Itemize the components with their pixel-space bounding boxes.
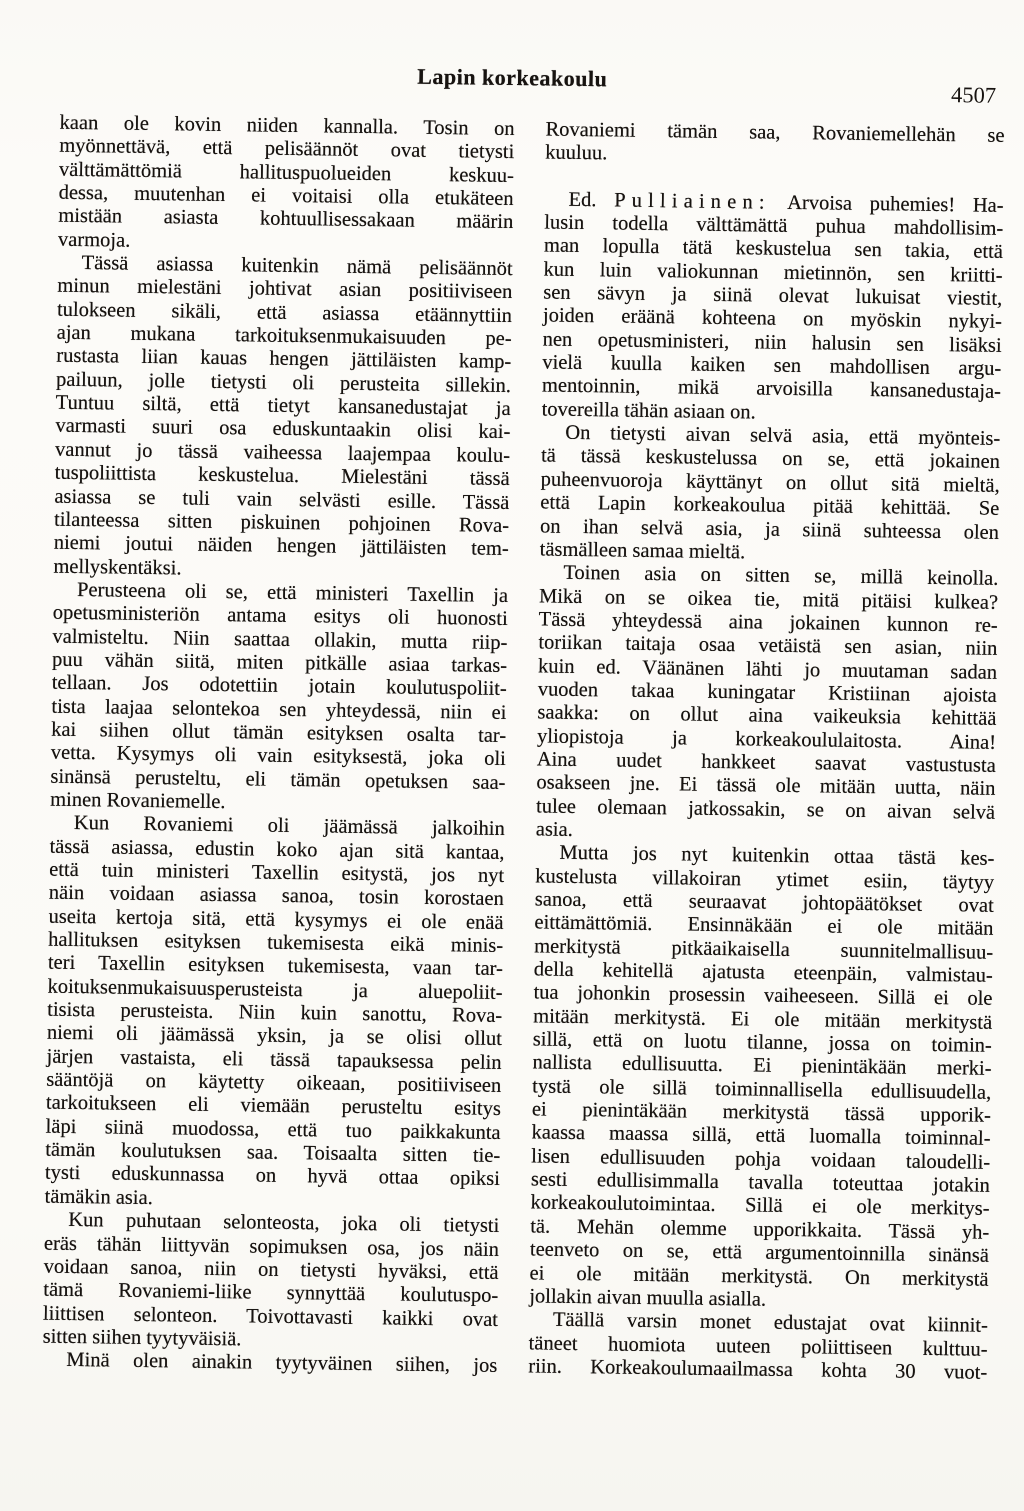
paragraph: Minä olen ainakin tyytyväinen siihen, jo… (42, 1349, 497, 1379)
paragraph: Täällä varsin monet edustajat ovat kiinn… (528, 1309, 988, 1385)
paragraph: Rovaniemi tämän saa, Rovaniemellehän sek… (545, 118, 1005, 171)
speaker-prefix: Ed. (568, 188, 614, 211)
paragraph: Kun Rovaniemi oli jäämässä jalkoihintäss… (44, 812, 504, 1215)
speech-opening: Arvoisa puhemies! Ha- (771, 191, 1004, 216)
paragraph: Ed. Pulliainen: Arvoisa puhemies! Ha-lus… (542, 188, 1004, 428)
page-header: Lapin korkeakoulu 4507 (1, 0, 1024, 7)
paragraph: Mutta jos nyt kuitenkin ottaa tästä kes-… (529, 842, 994, 1315)
text-line: Minä olen ainakin tyytyväinen siihen, jo… (42, 1349, 497, 1379)
speaker-name: Pulliainen: (614, 189, 771, 213)
paragraph: On tietysti aivan selvä asia, että myönt… (540, 422, 1001, 568)
column-right: Rovaniemi tämän saa, Rovaniemellehän sek… (528, 118, 1005, 1385)
paragraph: Perusteena oli se, että ministeri Taxell… (50, 579, 508, 819)
paragraph: Toinen asia on sitten se, millä keinolla… (536, 562, 999, 849)
page-title: Lapin korkeakoulu (0, 58, 1024, 98)
scan-content: Lapin korkeakoulu 4507 kaan ole kovin ni… (0, 0, 1024, 1511)
column-left: kaan ole kovin niiden kannalla. Tosin on… (42, 112, 515, 1379)
document-page: Lapin korkeakoulu 4507 kaan ole kovin ni… (0, 0, 1024, 1511)
page-number: 4507 (900, 81, 996, 108)
paragraph: Kun puhutaan selonteosta, joka oli tiety… (43, 1209, 500, 1355)
paragraph: kaan ole kovin niiden kannalla. Tosin on… (58, 112, 515, 258)
paragraph: Tässä asiassa kuitenkin nämä pelisäännöt… (53, 252, 513, 585)
